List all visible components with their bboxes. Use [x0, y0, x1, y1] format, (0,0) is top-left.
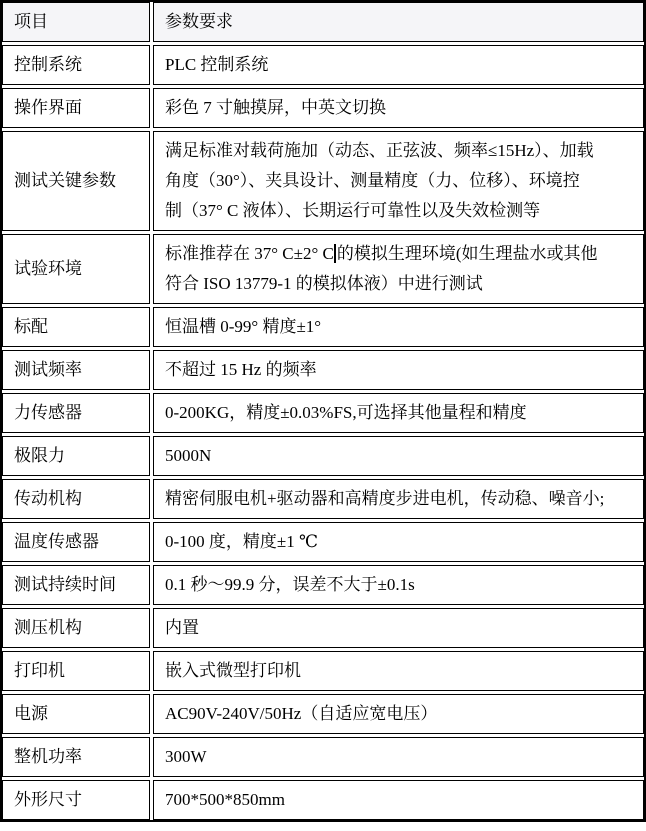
text-before-cursor: 标准推荐在 37° C±2° C	[165, 244, 334, 263]
requirement-cell[interactable]: 不超过 15 Hz 的频率	[153, 350, 644, 390]
table-row: 整机功率300W	[2, 737, 644, 777]
requirement-cell[interactable]: 0.1 秒～99.9 分，误差不大于±0.1s	[153, 565, 644, 605]
item-cell[interactable]: 标配	[2, 307, 150, 347]
requirement-cell[interactable]: AC90V-240V/50Hz（自适应宽电压）	[153, 694, 644, 734]
requirement-cell[interactable]: 0-200KG，精度±0.03%FS,可选择其他量程和精度	[153, 393, 644, 433]
requirement-cell[interactable]: 嵌入式微型打印机	[153, 651, 644, 691]
item-cell[interactable]: 力传感器	[2, 393, 150, 433]
requirement-cell[interactable]: PLC 控制系统	[153, 45, 644, 85]
table-row: 温度传感器0-100 度，精度±1 ℃	[2, 522, 644, 562]
item-cell[interactable]: 试验环境	[2, 234, 150, 304]
item-cell[interactable]: 极限力	[2, 436, 150, 476]
document-page: 项目 参数要求 控制系统PLC 控制系统操作界面彩色 7 寸触摸屏，中英文切换测…	[0, 0, 646, 822]
text-cursor	[334, 244, 336, 263]
requirement-cell[interactable]: 恒温槽 0-99° 精度±1°	[153, 307, 644, 347]
table-row: 测试频率不超过 15 Hz 的频率	[2, 350, 644, 390]
requirement-cell[interactable]: 5000N	[153, 436, 644, 476]
item-cell[interactable]: 打印机	[2, 651, 150, 691]
table-row: 试验环境标准推荐在 37° C±2° C的模拟生理环境(如生理盐水或其他 符合 …	[2, 234, 644, 304]
spec-table-body: 控制系统PLC 控制系统操作界面彩色 7 寸触摸屏，中英文切换测试关键参数满足标…	[2, 45, 644, 820]
requirement-cell[interactable]: 标准推荐在 37° C±2° C的模拟生理环境(如生理盐水或其他 符合 ISO …	[153, 234, 644, 304]
item-cell[interactable]: 电源	[2, 694, 150, 734]
table-row: 测试持续时间0.1 秒～99.9 分，误差不大于±0.1s	[2, 565, 644, 605]
spec-table: 项目 参数要求 控制系统PLC 控制系统操作界面彩色 7 寸触摸屏，中英文切换测…	[0, 0, 646, 822]
spec-table-frame: 项目 参数要求 控制系统PLC 控制系统操作界面彩色 7 寸触摸屏，中英文切换测…	[0, 0, 646, 822]
table-row: 标配恒温槽 0-99° 精度±1°	[2, 307, 644, 347]
item-cell[interactable]: 温度传感器	[2, 522, 150, 562]
table-row: 极限力5000N	[2, 436, 644, 476]
item-cell[interactable]: 测试关键参数	[2, 131, 150, 231]
item-cell[interactable]: 控制系统	[2, 45, 150, 85]
table-row: 测试关键参数满足标准对载荷施加（动态、正弦波、频率≤15Hz）、加载 角度（30…	[2, 131, 644, 231]
item-cell[interactable]: 测压机构	[2, 608, 150, 648]
requirement-cell[interactable]: 内置	[153, 608, 644, 648]
table-row: 力传感器0-200KG，精度±0.03%FS,可选择其他量程和精度	[2, 393, 644, 433]
header-row: 项目 参数要求	[2, 2, 644, 42]
table-row: 打印机嵌入式微型打印机	[2, 651, 644, 691]
col-header-requirement: 参数要求	[153, 2, 644, 42]
item-cell[interactable]: 操作界面	[2, 88, 150, 128]
requirement-cell[interactable]: 300W	[153, 737, 644, 777]
table-row: 控制系统PLC 控制系统	[2, 45, 644, 85]
requirement-cell[interactable]: 满足标准对载荷施加（动态、正弦波、频率≤15Hz）、加载 角度（30°）、夹具设…	[153, 131, 644, 231]
table-row: 传动机构精密伺服电机+驱动器和高精度步进电机，传动稳、噪音小;	[2, 479, 644, 519]
requirement-cell[interactable]: 700*500*850mm	[153, 780, 644, 820]
table-row: 测压机构内置	[2, 608, 644, 648]
requirement-cell[interactable]: 彩色 7 寸触摸屏，中英文切换	[153, 88, 644, 128]
requirement-cell[interactable]: 0-100 度，精度±1 ℃	[153, 522, 644, 562]
item-cell[interactable]: 测试频率	[2, 350, 150, 390]
item-cell[interactable]: 测试持续时间	[2, 565, 150, 605]
col-header-item: 项目	[2, 2, 150, 42]
item-cell[interactable]: 传动机构	[2, 479, 150, 519]
item-cell[interactable]: 整机功率	[2, 737, 150, 777]
requirement-cell[interactable]: 精密伺服电机+驱动器和高精度步进电机，传动稳、噪音小;	[153, 479, 644, 519]
table-row: 外形尺寸700*500*850mm	[2, 780, 644, 820]
item-cell[interactable]: 外形尺寸	[2, 780, 150, 820]
table-row: 电源AC90V-240V/50Hz（自适应宽电压）	[2, 694, 644, 734]
table-row: 操作界面彩色 7 寸触摸屏，中英文切换	[2, 88, 644, 128]
